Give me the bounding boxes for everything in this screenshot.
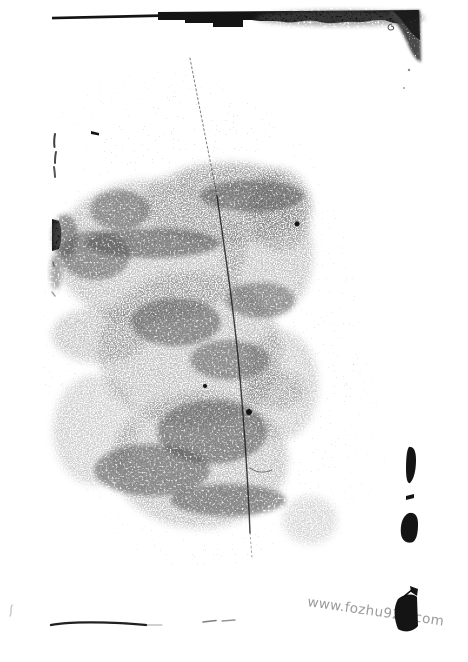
scan-artifacts-layer: www.fozhu920.com [0, 0, 468, 662]
scanned-page: www.fozhu920.com [0, 0, 468, 662]
watermark-blot-body [395, 595, 418, 632]
dark-patch [170, 484, 286, 516]
edge-dash [54, 134, 55, 147]
left-edge-spray [52, 214, 78, 258]
dark-patch [190, 340, 270, 380]
bottom-dash [222, 620, 235, 621]
dark-patch [131, 298, 221, 346]
left-edge-spray [50, 254, 62, 290]
stamp-ghost-smudge [283, 496, 337, 544]
dark-patch [225, 282, 295, 318]
ink-fleck [246, 409, 252, 415]
edge-dash [54, 167, 55, 177]
corner-speck [403, 87, 405, 89]
edge-dash [55, 152, 56, 163]
corner-speck [408, 69, 410, 71]
dark-patch [90, 190, 150, 230]
speck-field [60, 70, 260, 170]
edge-dash [53, 262, 54, 266]
dark-streak [200, 180, 304, 212]
ink-fleck [203, 384, 207, 388]
ink-fleck [295, 222, 300, 227]
